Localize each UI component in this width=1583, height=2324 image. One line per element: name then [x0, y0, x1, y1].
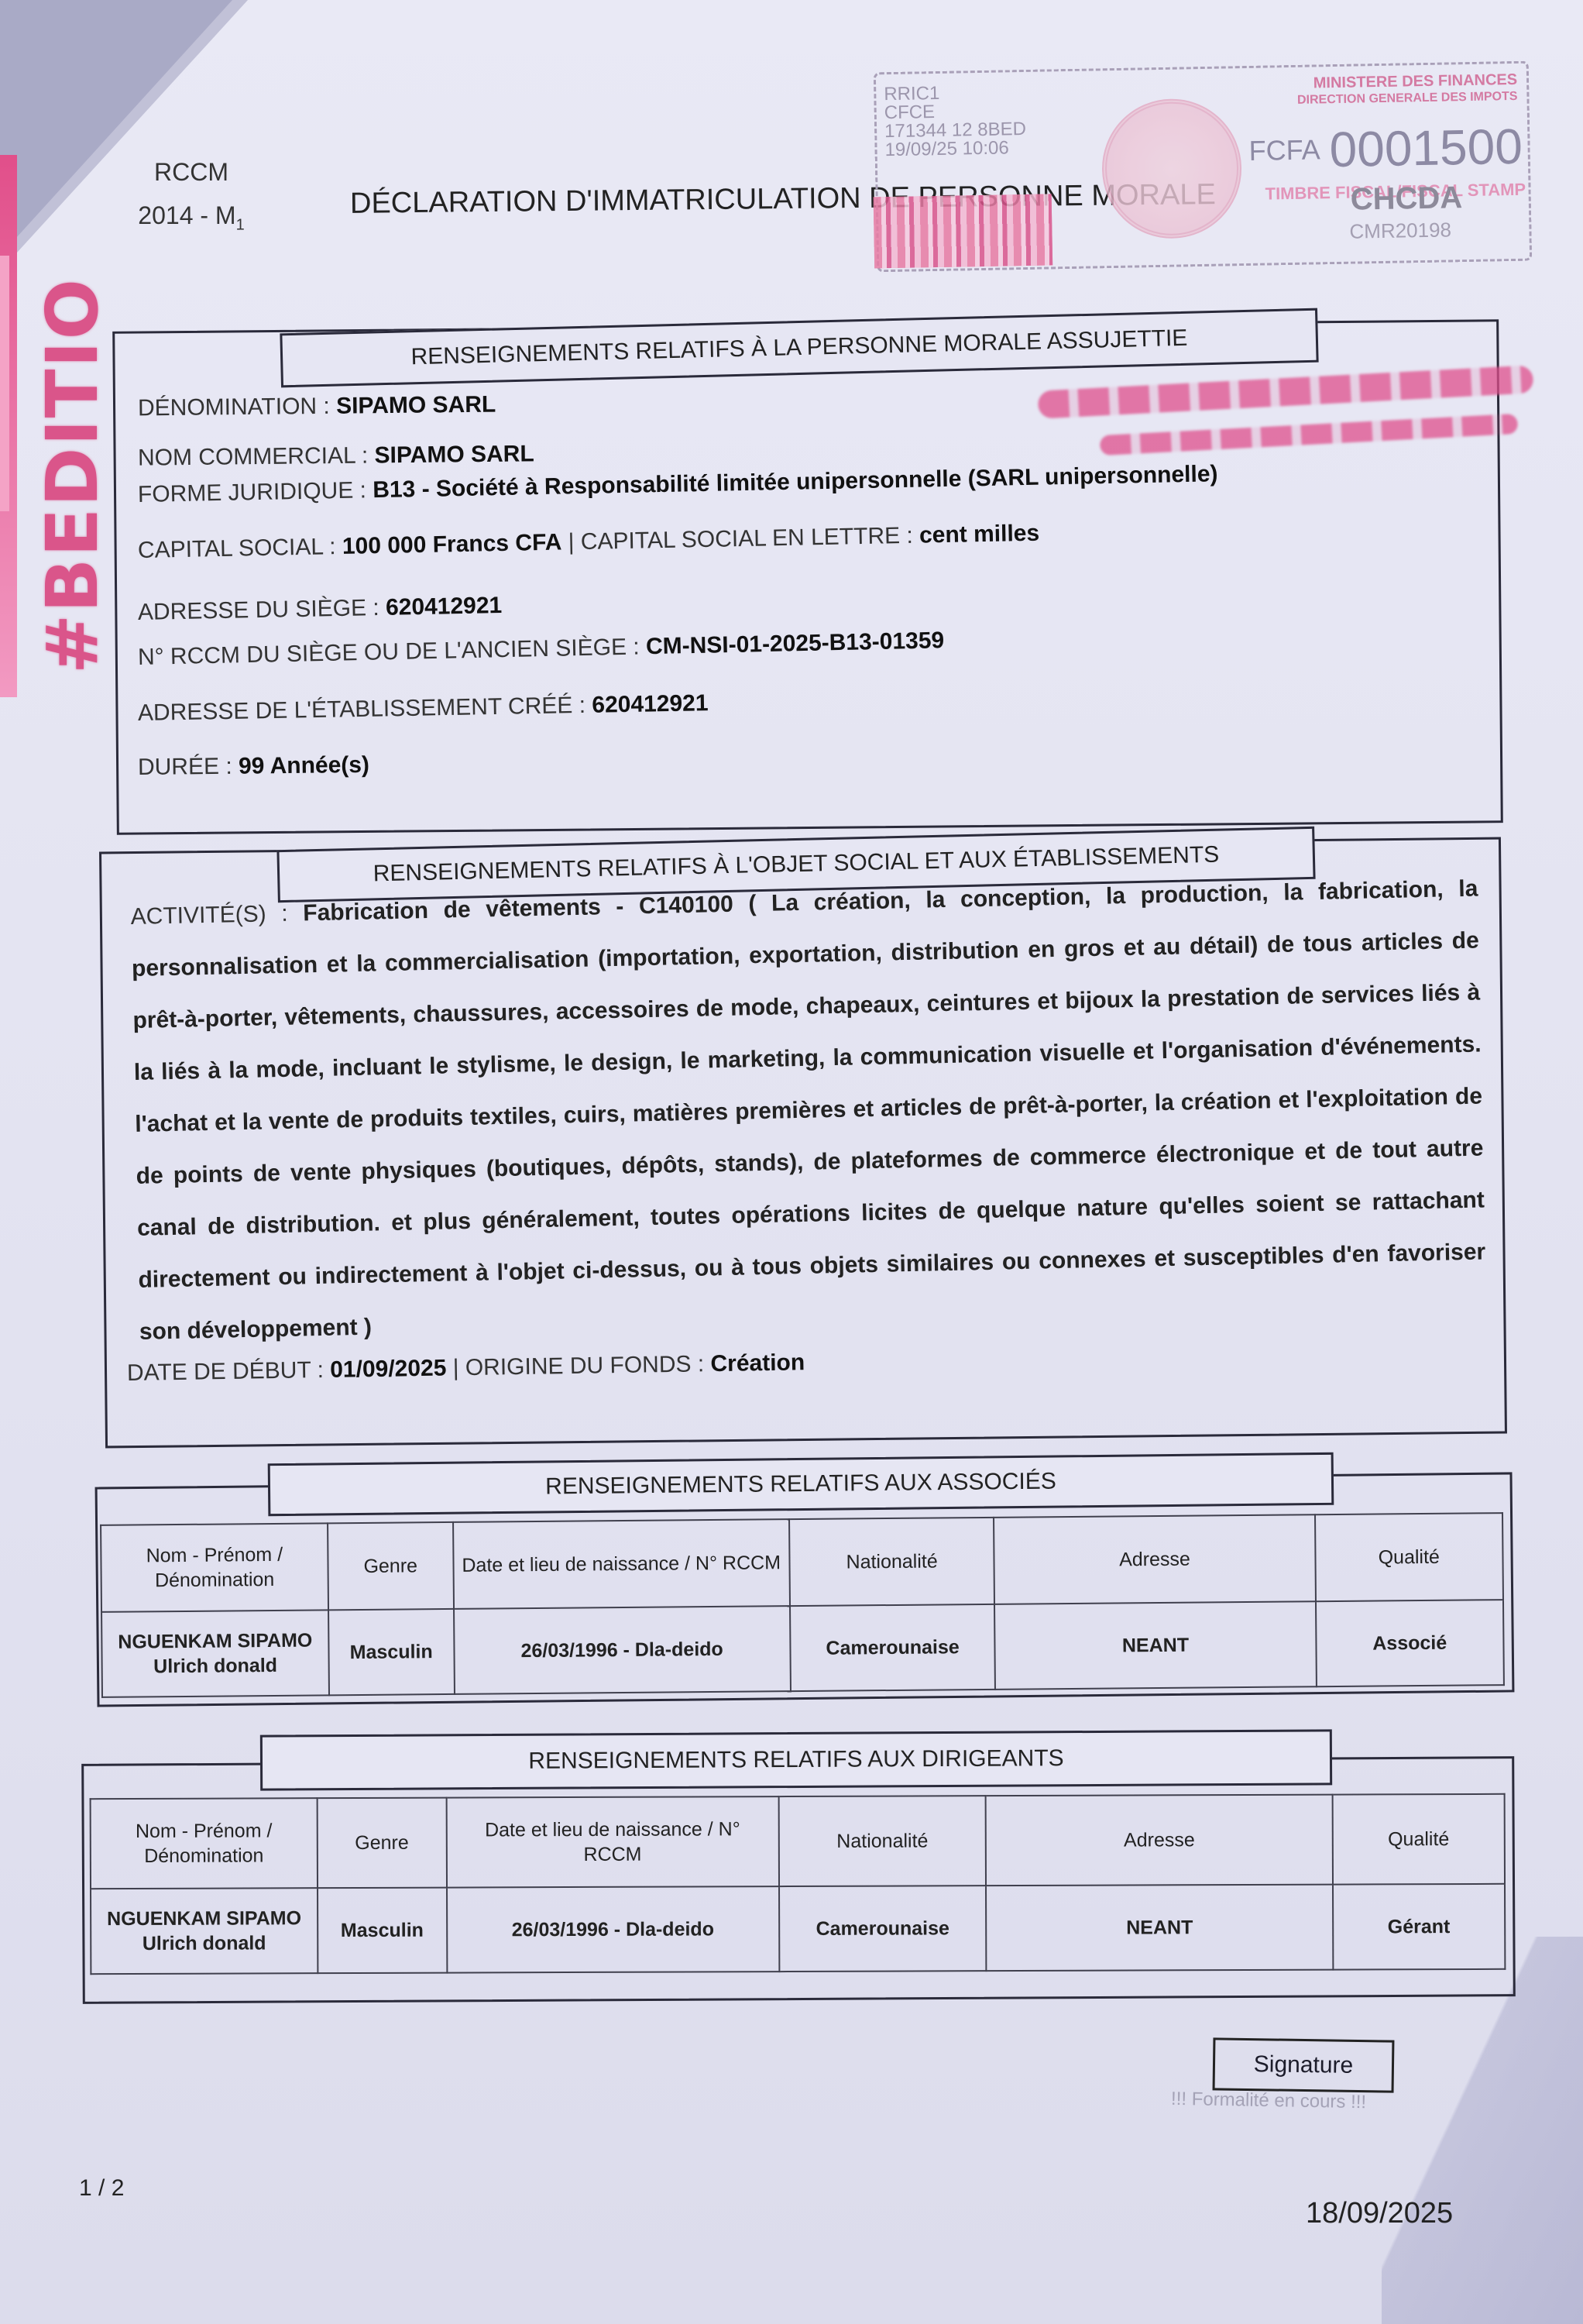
field-denomination: DÉNOMINATION : SIPAMO SARL — [138, 392, 496, 422]
col-header-genre: Genre — [317, 1798, 446, 1889]
pink-paper-edge-inner — [0, 256, 9, 511]
form-code: RCCM 2014 - M1 — [133, 150, 249, 246]
cell-qualite: Gérant — [1333, 1884, 1506, 1970]
document-date: 18/09/2025 — [1306, 2197, 1453, 2230]
fiscal-stamp-amount: FCFA0001500 — [1248, 118, 1523, 180]
table-row: NGUENKAM SIPAMO Ulrich donald Masculin 2… — [101, 1600, 1504, 1697]
fiscal-stamp-office: CHCDA — [1350, 180, 1462, 218]
associes-table: Nom - Prénom / Dénomination Genre Date e… — [100, 1512, 1505, 1698]
qr-code-icon — [874, 194, 1053, 268]
cell-genre: Masculin — [328, 1609, 455, 1695]
vertical-ink-stamp: #BEDITIO — [31, 277, 114, 674]
field-nom-commercial: NOM COMMERCIAL : SIPAMO SARL — [138, 441, 534, 471]
section-title-associes: RENSEIGNEMENTS RELATIFS AUX ASSOCIÉS — [268, 1452, 1334, 1516]
col-header-nom: Nom - Prénom / Dénomination — [91, 1798, 318, 1889]
signature-status-note: !!! Formalité en cours !!! — [1171, 2089, 1367, 2113]
fiscal-stamp-reference: RRIC1 CFCE 171344 12 8BED 19/09/25 10:06 — [884, 83, 1026, 160]
col-header-genre: Genre — [328, 1522, 454, 1610]
cell-nationalite: Camerounaise — [790, 1604, 996, 1691]
col-header-adresse: Adresse — [986, 1795, 1333, 1886]
table-row: NGUENKAM SIPAMO Ulrich donald Masculin 2… — [91, 1884, 1505, 1974]
activity-description: ACTIVITÉ(S) : Fabrication de vêtements -… — [130, 863, 1487, 1358]
cell-nom: NGUENKAM SIPAMO Ulrich donald — [91, 1888, 318, 1974]
col-header-nationalite: Nationalité — [778, 1796, 986, 1886]
seal-emblem-icon — [1101, 98, 1242, 239]
table-header-row: Nom - Prénom / Dénomination Genre Date e… — [101, 1513, 1503, 1612]
section-title-dirigeants: RENSEIGNEMENTS RELATIFS AUX DIRIGEANTS — [260, 1729, 1332, 1790]
dirigeants-table: Nom - Prénom / Dénomination Genre Date e… — [90, 1793, 1506, 1975]
signature-box: Signature — [1213, 2037, 1395, 2092]
cell-genre: Masculin — [318, 1888, 447, 1974]
cell-qualite: Associé — [1316, 1600, 1504, 1686]
page-number: 1 / 2 — [79, 2175, 124, 2202]
col-header-nationalite: Nationalité — [789, 1518, 995, 1606]
cell-nom: NGUENKAM SIPAMO Ulrich donald — [101, 1610, 329, 1697]
col-header-naissance: Date et lieu de naissance / N° RCCM — [446, 1796, 779, 1887]
cell-nationalite: Camerounaise — [779, 1886, 987, 1972]
cell-adresse: NEANT — [994, 1601, 1316, 1690]
col-header-naissance: Date et lieu de naissance / N° RCCM — [453, 1519, 790, 1609]
fiscal-stamp-code: CMR20198 — [1349, 218, 1451, 243]
fiscal-stamp-issuer: MINISTERE DES FINANCES DIRECTION GENERAL… — [1296, 71, 1517, 109]
col-header-nom: Nom - Prénom / Dénomination — [101, 1523, 328, 1612]
cell-naissance: 26/03/1996 - Dla-deido — [454, 1606, 791, 1694]
form-code-line2: 2014 - M1 — [133, 194, 249, 246]
document-page: #BEDITIO RCCM 2014 - M1 DÉCLARATION D'IM… — [0, 0, 1583, 2324]
form-code-line1: RCCM — [133, 150, 249, 194]
cell-naissance: 26/03/1996 - Dla-deido — [447, 1886, 780, 1972]
col-header-qualite: Qualité — [1315, 1513, 1503, 1601]
field-duree: DURÉE : 99 Année(s) — [138, 752, 369, 781]
col-header-qualite: Qualité — [1332, 1794, 1505, 1885]
fiscal-stamp: RRIC1 CFCE 171344 12 8BED 19/09/25 10:06… — [874, 61, 1532, 273]
cell-adresse: NEANT — [986, 1885, 1333, 1972]
table-header-row: Nom - Prénom / Dénomination Genre Date e… — [91, 1794, 1505, 1889]
col-header-adresse: Adresse — [994, 1514, 1315, 1604]
